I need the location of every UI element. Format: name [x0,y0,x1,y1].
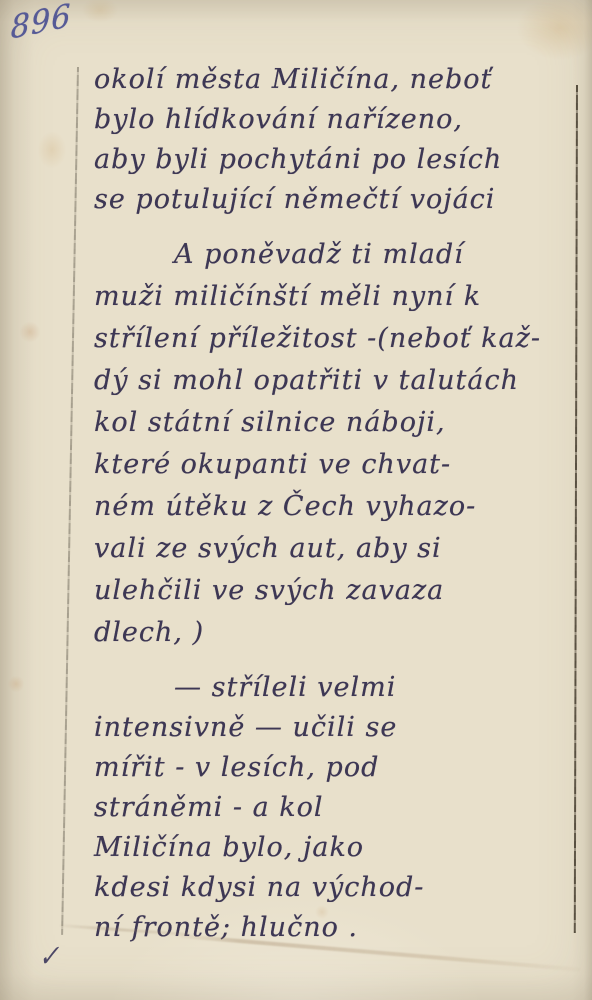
handwriting-line: muži miličínští měli nyní k [94,276,572,318]
handwriting-line: kdesi kdysi na východ- [94,868,572,908]
handwriting-line: okolí města Miličína, neboť [94,60,572,100]
paragraph: A poněvadž ti mladí muži miličínští měli… [94,234,572,654]
handwriting-line: které okupanti ve chvat- [94,444,572,486]
handwriting-line: — stříleli velmi [94,668,572,708]
handwriting-line: dlech, ) [94,612,572,654]
handwriting-line: vali ze svých aut, aby si [94,528,572,570]
page-number: 896 [11,0,72,47]
handwriting-line: stráněmi - a kol [94,788,572,828]
handwriting-line: se potulující němečtí vojáci [94,180,572,220]
checkmark: ✓ [38,940,61,974]
handwriting-line: aby byli pochytáni po lesích [94,140,572,180]
handwriting-line: mířit - v lesích, pod [94,748,572,788]
left-margin-rule [61,67,79,935]
handwriting-line: bylo hlídkování nařízeno, [94,100,572,140]
handwriting-line: kol státní silnice náboji, [94,402,572,444]
paragraph: — stříleli velmi intensivně — učili se m… [94,668,572,948]
handwriting-line: ulehčili ve svých zavaza [94,570,572,612]
handwriting-line: A poněvadž ti mladí [94,234,572,276]
manuscript-page: 896 okolí města Miličína, neboť bylo hlí… [0,0,592,1000]
right-margin-rule [574,85,578,933]
handwriting-line: střílení příležitost -(neboť kaž- [94,318,572,360]
handwriting-block: okolí města Miličína, neboť bylo hlídkov… [94,60,572,948]
handwriting-line: ní frontě; hlučno . [94,908,572,948]
handwriting-line: Miličína bylo, jako [94,828,572,868]
handwriting-line: dý si mohl opatřiti v talutách [94,360,572,402]
handwriting-line: intensivně — učili se [94,708,572,748]
handwriting-line: ném útěku z Čech vyhazo- [94,486,572,528]
paragraph: okolí města Miličína, neboť bylo hlídkov… [94,60,572,220]
